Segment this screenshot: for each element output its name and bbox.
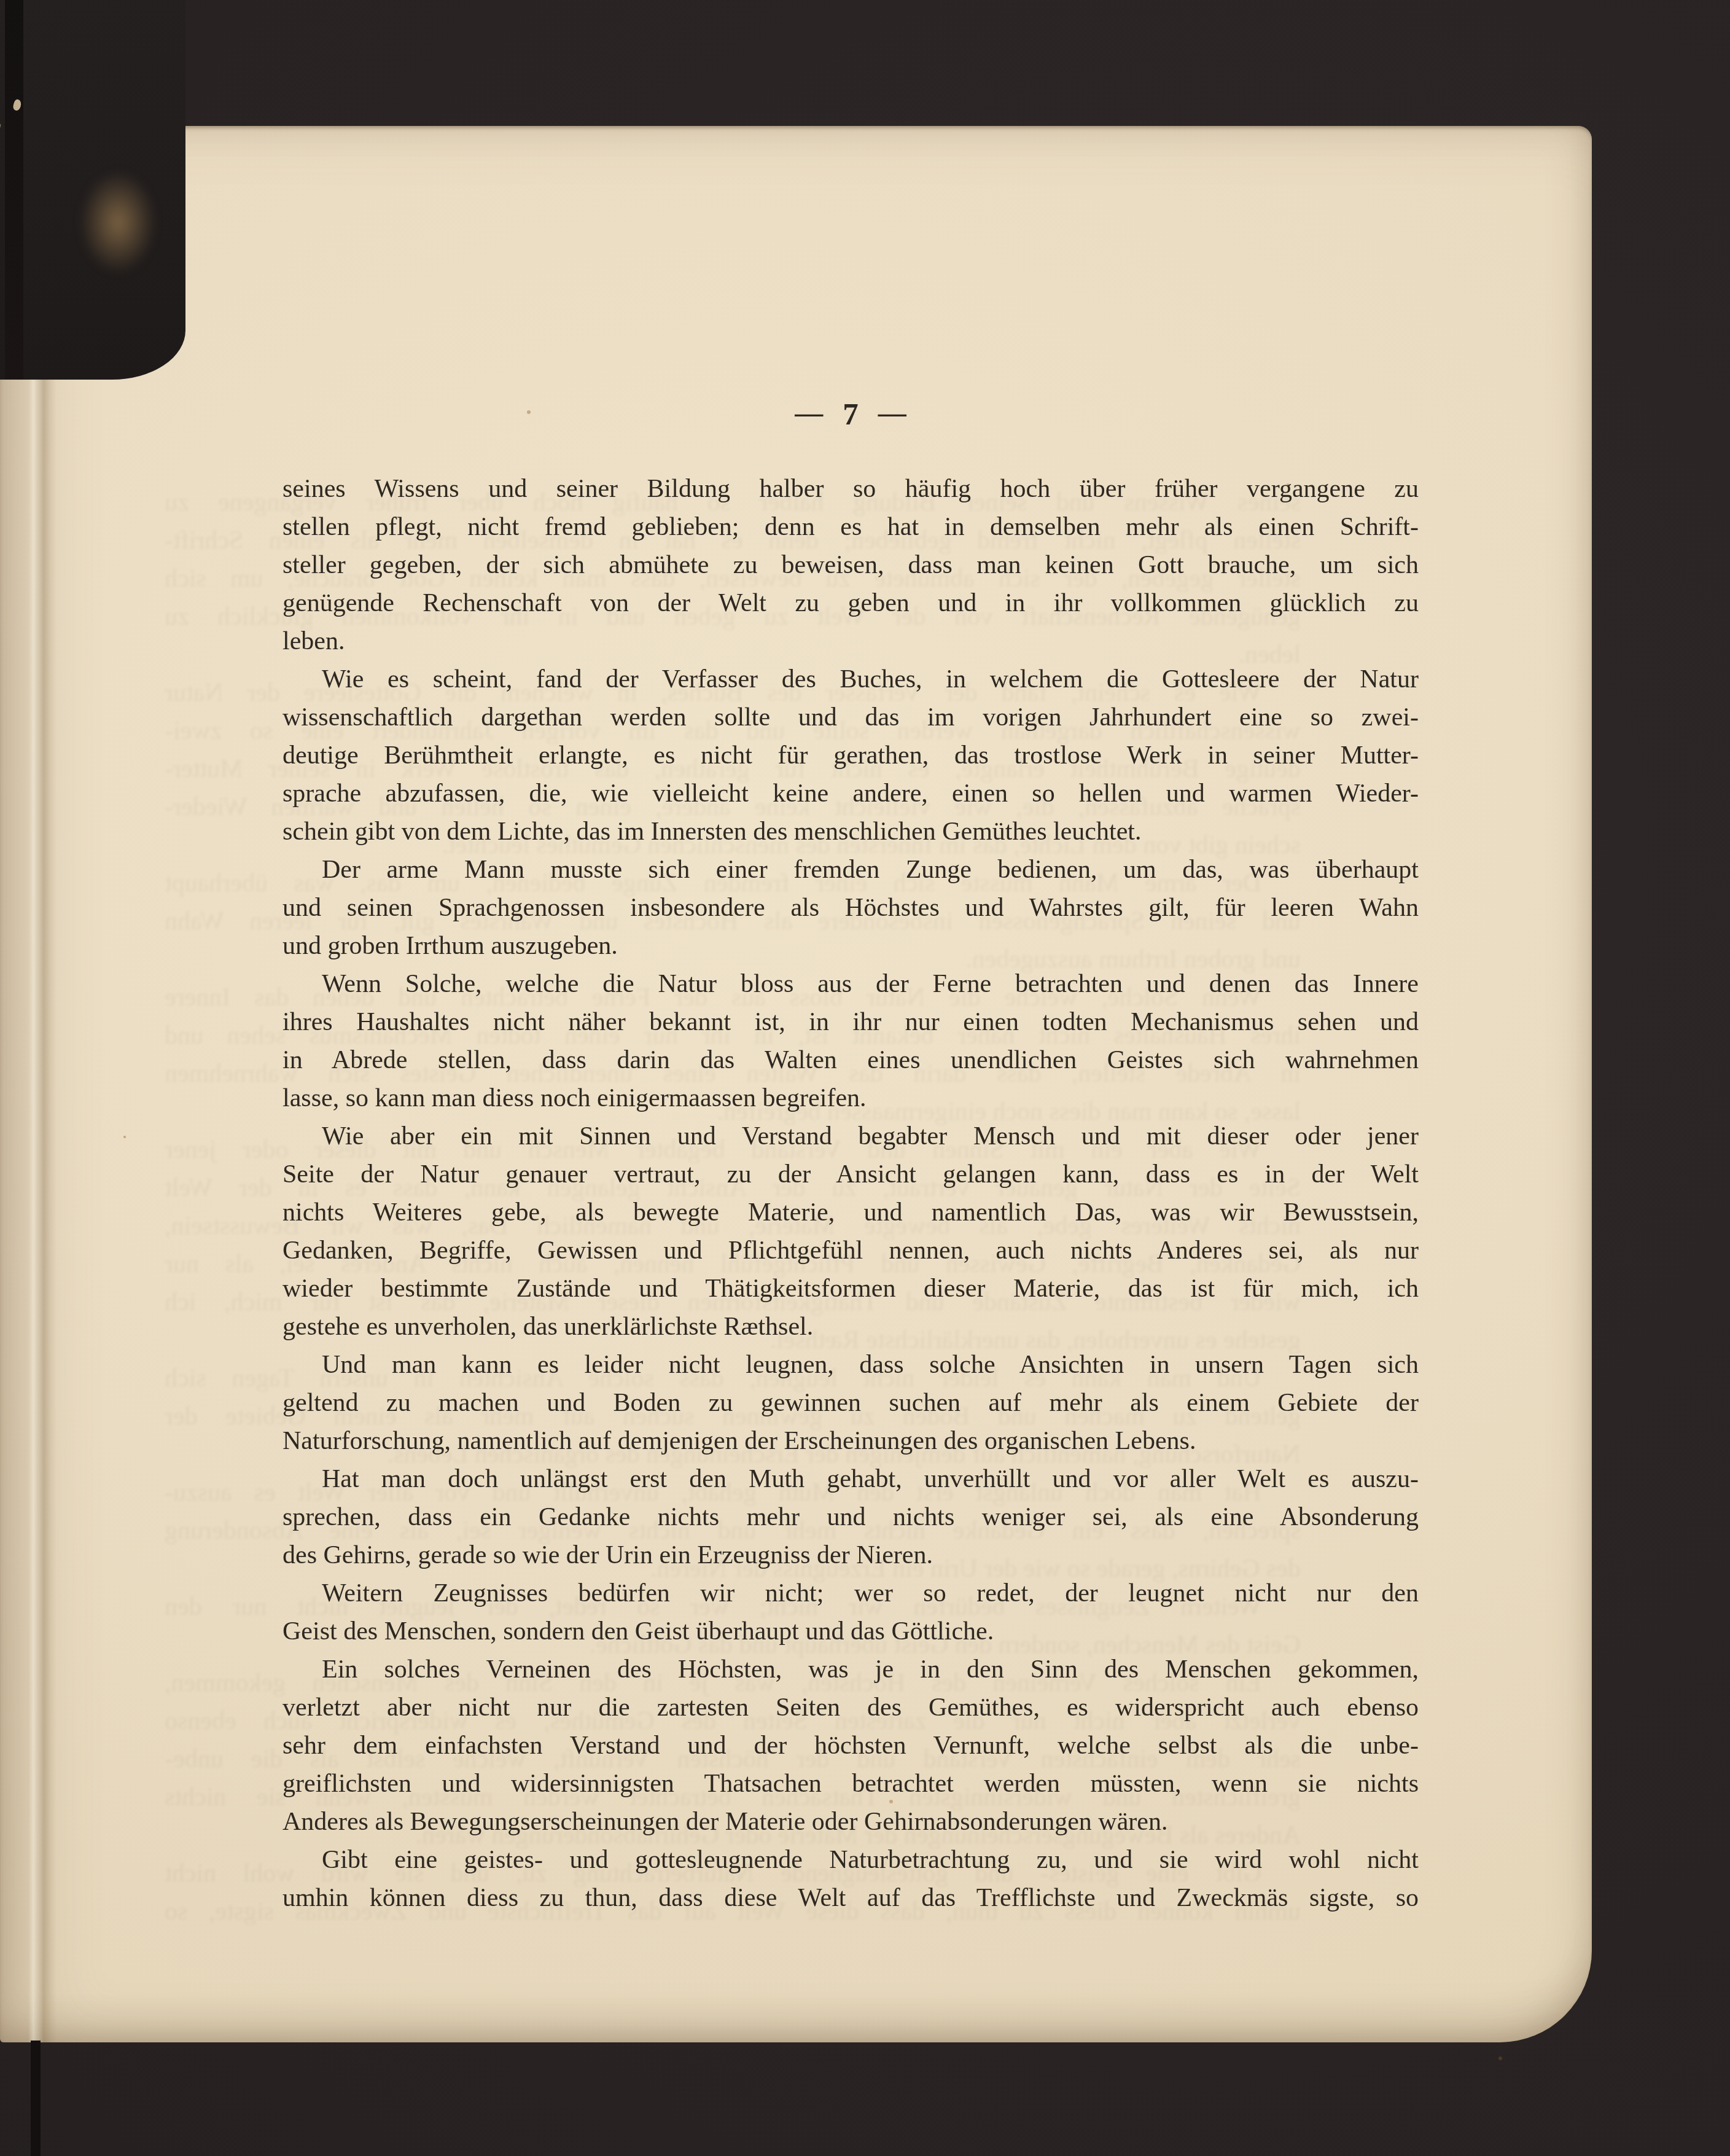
text-line: Wie aber ein mit Sinnen und Verstand beg… [282, 1117, 1419, 1155]
text-line: ihres Haushaltes nicht näher bekannt ist… [282, 1003, 1419, 1041]
text-line: lasse, so kann man diess noch einigermaa… [282, 1079, 1419, 1117]
text-line: und seinen Sprachgenossen insbesondere a… [282, 889, 1419, 927]
text-line: geltend zu machen und Boden zu gewinnen … [282, 1384, 1419, 1422]
gutter-gap-line [31, 2041, 41, 2156]
text-line: sprechen, dass ein Gedanke nichts mehr u… [282, 1498, 1419, 1536]
text-line: greiflichsten und widersinnigsten Thatsa… [282, 1765, 1419, 1803]
text-line: wissenschaftlich dargethan werden sollte… [282, 698, 1419, 736]
text-line: schein gibt von dem Lichte, das im Inner… [282, 813, 1419, 851]
text-line: Naturforschung, namentlich auf demjenige… [282, 1422, 1419, 1460]
text-line: nichts Weiteres gebe, als bewegte Materi… [282, 1193, 1419, 1232]
paper-specks [12, 99, 23, 112]
text-line: Der arme Mann musste sich einer fremden … [282, 851, 1419, 889]
text-line: seines Wissens und seiner Bildung halber… [282, 470, 1419, 508]
header-dash-right: — [878, 394, 906, 431]
text-line: umhin können diess zu thun, dass diese W… [282, 1879, 1419, 1917]
text-line: Ein solches Verneinen des Höchsten, was … [282, 1650, 1419, 1689]
text-line: Anderes als Bewegungserscheinungen der M… [282, 1803, 1419, 1841]
text-line: Weitern Zeugnisses bedürfen wir nicht; w… [282, 1574, 1419, 1612]
page-crease [28, 126, 56, 2042]
text-line: und groben Irrthum auszugeben. [282, 927, 1419, 965]
text-line: Geist des Menschen, sondern den Geist üb… [282, 1612, 1419, 1650]
text-line: Seite der Natur genauer vertraut, zu der… [282, 1155, 1419, 1193]
text-line: Wie es scheint, fand der Verfasser des B… [282, 660, 1419, 698]
text-line: sehr dem einfachsten Verstand und der hö… [282, 1727, 1419, 1765]
text-line: leben. [282, 622, 1419, 660]
binding-shadow-flap [0, 0, 185, 380]
text-line: sprache abzufassen, die, wie vielleicht … [282, 775, 1419, 813]
text-line: Hat man doch unlängst erst den Muth geha… [282, 1460, 1419, 1498]
text-line: steller gegeben, der sich abmühete zu be… [282, 546, 1419, 584]
text-line: verletzt aber nicht nur die zartesten Se… [282, 1689, 1419, 1727]
text-line: des Gehirns, gerade so wie der Urin ein … [282, 1536, 1419, 1574]
text-line: Wenn Solche, welche die Natur bloss aus … [282, 965, 1419, 1003]
page-header: —7— [282, 396, 1419, 440]
text-line: Und man kann es leider nicht leugnen, da… [282, 1346, 1419, 1384]
page-number: 7 [843, 396, 859, 433]
text-block: seines Wissens und seiner Bildung halber… [282, 470, 1419, 1917]
header-dash-left: — [795, 394, 823, 431]
book-page: seines Wissens und seiner Bildung halber… [0, 126, 1592, 2042]
text-line: Gedanken, Begriffe, Gewissen und Pflicht… [282, 1232, 1419, 1270]
text-line: wieder bestimmte Zustände und Thätigkeit… [282, 1270, 1419, 1308]
text-line: deutige Berühmtheit erlangte, es nicht f… [282, 736, 1419, 775]
text-line: gestehe es unverholen, das unerklärlichs… [282, 1308, 1419, 1346]
text-line: Gibt eine geistes- und gottesleugnende N… [282, 1841, 1419, 1879]
text-line: genügende Rechenschaft von der Welt zu g… [282, 584, 1419, 622]
text-line: stellen pflegt, nicht fremd geblieben; d… [282, 508, 1419, 546]
scan-background: seines Wissens und seiner Bildung halber… [0, 0, 1730, 2156]
text-line: in Abrede stellen, dass darin das Walten… [282, 1041, 1419, 1079]
